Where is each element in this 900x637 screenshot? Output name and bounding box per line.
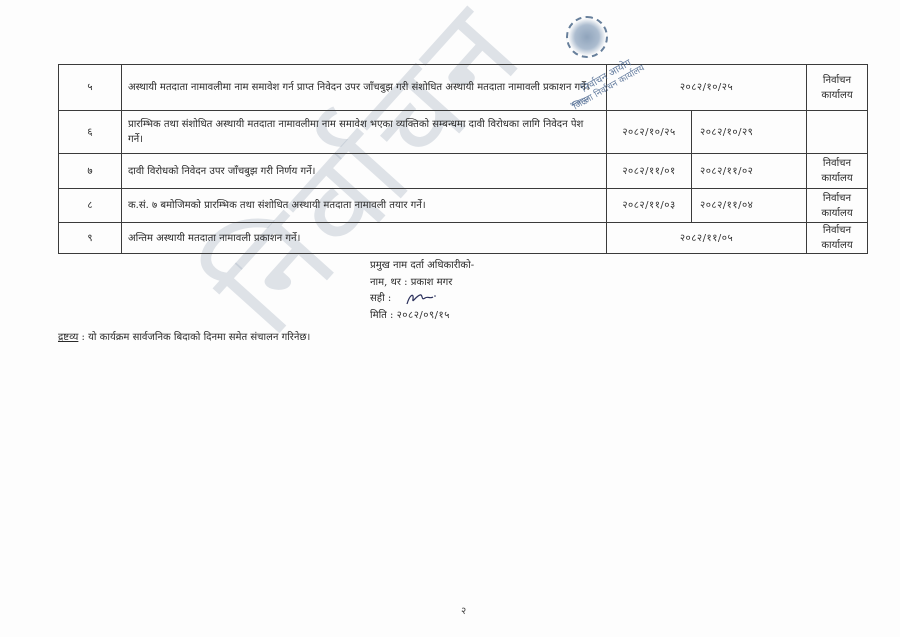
serial-number: ५: [59, 65, 122, 111]
footnote: द्रष्टव्य : यो कार्यक्रम सार्वजनिक बिदाक…: [58, 329, 310, 343]
signature-date: २०८२/०९/१५: [397, 310, 450, 321]
nepal-emblem-icon: [566, 16, 608, 58]
serial-number: ७: [59, 154, 122, 189]
date-label: मिति :: [370, 310, 393, 321]
officer-name: प्रकाश मगर: [411, 277, 453, 288]
activity-description: अन्तिम अस्थायी मतदाता नामावली प्रकाशन गर…: [122, 223, 607, 254]
officer-heading: प्रमुख नाम दर्ता अधिकारीको-: [370, 258, 474, 275]
start-date: २०८२/११/०१: [607, 154, 692, 189]
table-row: ५ अस्थायी मतदाता नामावलीमा नाम समावेश गर…: [59, 65, 868, 111]
start-date: २०८२/११/०३: [607, 189, 692, 223]
start-date: २०८२/१०/२५: [607, 111, 692, 154]
activity-description: दावी विरोधको निवेदन उपर जाँचबुझ गरी निर्…: [122, 154, 607, 189]
end-date: २०८२/१०/२९: [692, 111, 807, 154]
table-row: ८ क.सं. ७ बमोजिमको प्रारम्भिक तथा संशोधि…: [59, 189, 868, 223]
responsible-office: निर्वाचन कार्यालय: [807, 189, 868, 223]
responsible-office: निर्वाचन कार्यालय: [807, 65, 868, 111]
table-row: ९ अन्तिम अस्थायी मतदाता नामावली प्रकाशन …: [59, 223, 868, 254]
document-page: निर्वाचन आयोग, नेपाल निर्वाचन आयोग जिल्ल…: [0, 0, 900, 637]
serial-number: ६: [59, 111, 122, 154]
signature-label: सही :: [370, 293, 391, 304]
officer-name-row: नाम, थर : प्रकाश मगर: [370, 275, 474, 292]
table-row: ७ दावी विरोधको निवेदन उपर जाँचबुझ गरी नि…: [59, 154, 868, 189]
activity-description: अस्थायी मतदाता नामावलीमा नाम समावेश गर्न…: [122, 65, 607, 111]
signature-block: प्रमुख नाम दर्ता अधिकारीको- नाम, थर : प्…: [370, 258, 474, 324]
activity-description: प्रारम्भिक तथा संशोधित अस्थायी मतदाता ना…: [122, 111, 607, 154]
activity-date: २०८२/११/०५: [607, 223, 807, 254]
responsible-office: निर्वाचन कार्यालय: [807, 223, 868, 254]
note-separator: :: [78, 332, 88, 343]
end-date: २०८२/११/०४: [692, 189, 807, 223]
schedule-table: ५ अस्थायी मतदाता नामावलीमा नाम समावेश गर…: [58, 64, 868, 254]
responsible-office: [807, 111, 868, 154]
note-text: यो कार्यक्रम सार्वजनिक बिदाको दिनमा समेत…: [88, 332, 310, 343]
note-label: द्रष्टव्य: [58, 332, 78, 343]
activity-description: क.सं. ७ बमोजिमको प्रारम्भिक तथा संशोधित …: [122, 189, 607, 223]
handwritten-signature-icon: [404, 292, 438, 306]
name-label: नाम, थर :: [370, 277, 408, 288]
signature-row: सही :: [370, 291, 474, 308]
serial-number: ८: [59, 189, 122, 223]
serial-number: ९: [59, 223, 122, 254]
end-date: २०८२/११/०२: [692, 154, 807, 189]
responsible-office: निर्वाचन कार्यालय: [807, 154, 868, 189]
table-row: ६ प्रारम्भिक तथा संशोधित अस्थायी मतदाता …: [59, 111, 868, 154]
signature-date-row: मिति : २०८२/०९/१५: [370, 308, 474, 325]
page-number: २: [461, 603, 466, 617]
activity-date: २०८२/१०/२५: [607, 65, 807, 111]
